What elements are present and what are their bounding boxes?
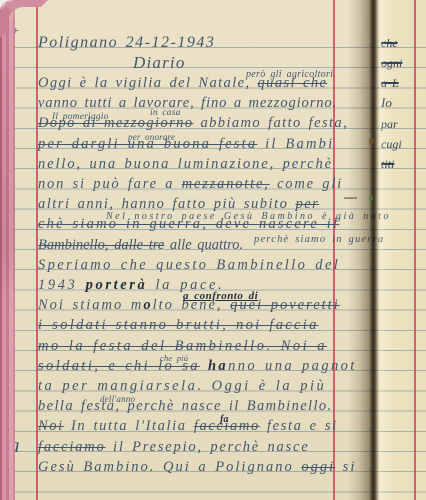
adjacent-page-text: cugi bbox=[381, 138, 402, 150]
interlinear-insertion: perchè siamo in guerra bbox=[254, 235, 384, 246]
text-segment: mo la festa del Bambinello. Noi a bbox=[38, 338, 327, 354]
text-segment: abbiamo fatto festa, bbox=[193, 115, 348, 131]
dash-mark: — bbox=[344, 190, 357, 203]
text-segment: nno una pagnot bbox=[228, 358, 357, 374]
binding-tape bbox=[0, 0, 15, 500]
text-segment: vanno tutti a lavorare, fino a mezzogior… bbox=[38, 95, 337, 111]
interlinear-insertion: fa bbox=[220, 415, 228, 425]
stain bbox=[369, 138, 374, 145]
diary-line: vanno tutti a lavorare, fino a mezzogior… bbox=[38, 96, 337, 111]
text-segment: festa e si bbox=[260, 418, 338, 434]
text-segment: Noi stiamo m bbox=[38, 297, 143, 313]
text-segment: ha bbox=[200, 358, 228, 374]
interlinear-insertion: dell'anno bbox=[100, 395, 135, 404]
diary-line: Gesù Bambino. Qui a Polignano oggi si bbox=[38, 460, 356, 475]
notebook-scan: Polignano 24-12-1943DiarioOggi è la vigi… bbox=[0, 0, 426, 500]
adjacent-page-text: titi bbox=[381, 158, 394, 170]
right-page-edge bbox=[378, 0, 426, 500]
text-segment: come gli bbox=[270, 176, 343, 192]
adjacent-page-text: che bbox=[381, 37, 398, 49]
text-segment: Noi bbox=[38, 418, 64, 434]
text-segment: In tutta l'Italia bbox=[64, 418, 194, 434]
text-segment: non si può fare a bbox=[38, 176, 182, 192]
stain bbox=[369, 195, 373, 201]
text-segment: facciamo bbox=[38, 439, 106, 455]
diary-line: mo la festa del Bambinello. Noi a bbox=[38, 339, 327, 354]
date-line: Polignano 24-12-1943 bbox=[38, 35, 215, 51]
interlinear-insertion: però gli agricoltori bbox=[246, 70, 333, 80]
text-segment: Polignano 24-12-1943 bbox=[38, 34, 215, 51]
text-segment: Bambinello, dalle tre bbox=[38, 237, 164, 253]
text-segment: mezzanotte, bbox=[182, 176, 270, 192]
diary-line: Noi In tutta l'Italia facciamo festa e s… bbox=[38, 419, 338, 434]
adjacent-page-text: Io bbox=[381, 96, 392, 109]
title-line: Diario bbox=[133, 54, 186, 71]
next-page-margin-line bbox=[414, 0, 416, 500]
interlinear-insertion: in casa bbox=[150, 109, 181, 119]
diary-line: altri anni, hanno fatto più subito per bbox=[38, 197, 319, 212]
text-segment: 1943 bbox=[38, 277, 86, 293]
diary-line: non si può fare a mezzanotte, come gli bbox=[38, 177, 343, 192]
text-segment: porterà bbox=[86, 277, 148, 293]
diary-line: bella festa, perchè nasce il Bambinello. bbox=[38, 399, 333, 414]
interlinear-insertion: Nel nostro paese Gesù Bambino è già nato bbox=[106, 212, 391, 222]
interlinear-insertion: a confronto di bbox=[183, 291, 258, 302]
text-segment: altri anni, hanno fatto più subito bbox=[38, 196, 295, 212]
interlinear-insertion: che più bbox=[160, 354, 188, 363]
diary-line: Speriamo che questo Bambinello del bbox=[38, 258, 340, 273]
diary-line: ta per mangiarsela. Oggi è la più bbox=[38, 379, 326, 394]
diary-line: soldati, e chi lo sa hanno una pagnot bbox=[38, 359, 357, 374]
text-segment: per bbox=[295, 196, 319, 212]
text-segment: alle quattro. bbox=[164, 237, 243, 253]
text-segment: nello, una buona luminazione, perchè bbox=[38, 156, 333, 172]
text-segment: Speriamo che questo Bambinello del bbox=[38, 257, 340, 273]
ruled-lines bbox=[378, 47, 426, 500]
text-segment: il Presepio, perchè nasce bbox=[106, 439, 310, 455]
text-segment: Diario bbox=[133, 53, 186, 72]
text-segment: oggi bbox=[301, 459, 335, 475]
interlinear-insertion: Il pomeriggio bbox=[52, 113, 109, 123]
text-segment: ta per mangiarsela. Oggi è la più bbox=[38, 378, 326, 394]
text-segment: o bbox=[143, 297, 152, 313]
diary-line: per dargli una buona festa il Bambi bbox=[38, 137, 334, 152]
adjacent-page-text: ogni bbox=[381, 57, 402, 69]
text-segment: bella festa, perchè nasce il Bambinello. bbox=[38, 398, 333, 414]
diary-line: facciamo il Presepio, perchè nasce bbox=[38, 440, 309, 455]
diary-line: nello, una buona luminazione, perchè bbox=[38, 157, 333, 172]
text-segment: i soldati stanno brutti, noi faccia bbox=[38, 317, 319, 333]
diary-line: Bambinello, dalle tre alle quattro. bbox=[38, 238, 243, 253]
adjacent-page-text: par bbox=[381, 118, 398, 130]
text-segment: il Bambi bbox=[257, 136, 334, 152]
text-segment: Oggi è la vigilia del Natale, bbox=[38, 75, 258, 91]
text-segment: si bbox=[335, 459, 356, 475]
adjacent-page-text: a L bbox=[381, 77, 399, 89]
diary-line: i soldati stanno brutti, noi faccia bbox=[38, 318, 319, 333]
interlinear-insertion: per onorare bbox=[128, 133, 175, 142]
text-segment: Gesù Bambino. Qui a Polignano bbox=[38, 459, 301, 475]
